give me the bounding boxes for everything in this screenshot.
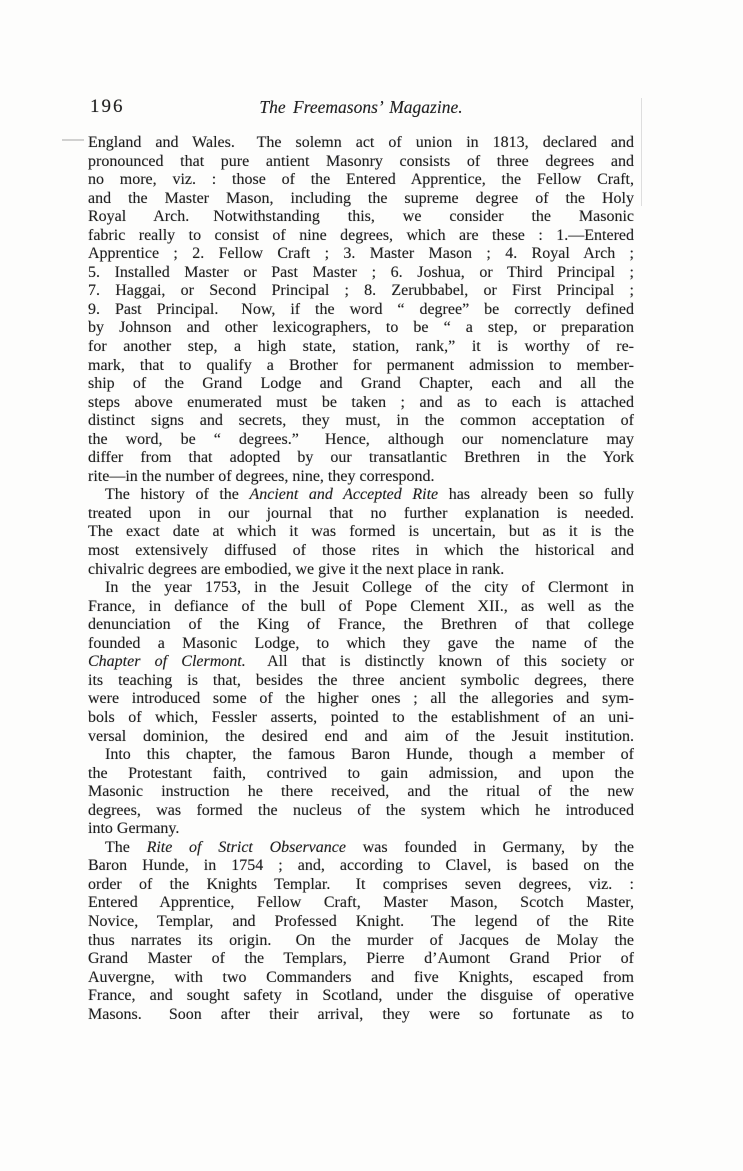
text-run: its teaching is that, besides the three …	[88, 672, 634, 689]
text-run: All that is distinctly known of this soc…	[246, 653, 634, 670]
text-run: no more, viz. : those of the Entered App…	[88, 171, 634, 188]
text-line: differ from that adopted by our transatl…	[88, 449, 634, 468]
text-run: steps above enumerated must be taken ; a…	[88, 394, 634, 411]
text-run: ship of the Grand Lodge and Grand Chapte…	[88, 375, 634, 392]
text-line: chivalric degrees are embodied, we give …	[88, 561, 634, 580]
text-line: degrees, was formed the nucleus of the s…	[88, 802, 634, 821]
text-run: has already been so fully	[438, 486, 634, 503]
text-run: Masons. Soon after their arrival, they w…	[88, 1006, 634, 1023]
text-line: for another step, a high state, station,…	[88, 338, 634, 357]
text-run: the word, be “ degrees.” Hence, although…	[88, 431, 634, 448]
text-line: steps above enumerated must be taken ; a…	[88, 394, 634, 413]
text-line: Into this chapter, the famous Baron Hund…	[88, 746, 634, 765]
text-line: England and Wales. The solemn act of uni…	[88, 134, 634, 153]
text-line: Masonic instruction he there received, a…	[88, 783, 634, 802]
text-line: distinct signs and secrets, they must, i…	[88, 412, 634, 431]
text-run: In the year 1753, in the Jesuit College …	[105, 579, 634, 596]
text-line: order of the Knights Templar. It compris…	[88, 876, 634, 895]
text-run: England and Wales. The solemn act of uni…	[88, 134, 634, 151]
text-line: were introduced some of the higher ones …	[88, 690, 634, 709]
text-run: denunciation of the King of France, the …	[88, 616, 634, 633]
text-run: mark, that to qualify a Brother for perm…	[88, 357, 634, 374]
text-run: the Protestant faith, contrived to gain …	[88, 765, 634, 782]
text-run: rite—in the number of degrees, nine, the…	[88, 468, 435, 485]
text-run: distinct signs and secrets, they must, i…	[88, 412, 634, 429]
text-line: founded a Masonic Lodge, to which they g…	[88, 635, 634, 654]
text-line: Novice, Templar, and Professed Knight. T…	[88, 913, 634, 932]
text-run: The	[105, 839, 147, 856]
text-run: Royal Arch. Notwithstanding this, we con…	[88, 208, 634, 225]
text-line: pronounced that pure antient Masonry con…	[88, 153, 634, 172]
text-line: ship of the Grand Lodge and Grand Chapte…	[88, 375, 634, 394]
text-line: the Protestant faith, contrived to gain …	[88, 765, 634, 784]
magazine-page: 196 The Freemasons’ Magazine. England an…	[0, 0, 743, 1171]
text-run: Apprentice ; 2. Fellow Craft ; 3. Master…	[88, 245, 634, 262]
text-run: 5. Installed Master or Past Master ; 6. …	[88, 264, 634, 281]
text-run: thus narrates its origin. On the murder …	[88, 932, 634, 949]
text-run-italic: Chapter of Clermont.	[88, 653, 246, 670]
text-run: differ from that adopted by our transatl…	[88, 449, 634, 466]
text-run: versal dominion, the desired end and aim…	[88, 728, 634, 745]
text-line: The exact date at which it was formed is…	[88, 523, 634, 542]
text-run: The exact date at which it was formed is…	[88, 523, 634, 540]
text-run: The history of the	[105, 486, 249, 503]
text-line: treated upon in our journal that no furt…	[88, 505, 634, 524]
scan-artifact-dash	[62, 139, 84, 141]
text-line: by Johnson and other lexicographers, to …	[88, 319, 634, 338]
scan-artifact-line	[641, 98, 642, 206]
text-line: most extensively diffused of those rites…	[88, 542, 634, 561]
text-line: Masons. Soon after their arrival, they w…	[88, 1006, 634, 1025]
text-line: Royal Arch. Notwithstanding this, we con…	[88, 208, 634, 227]
text-run: bols of which, Fessler asserts, pointed …	[88, 709, 634, 726]
text-line: France, and sought safety in Scotland, u…	[88, 987, 634, 1006]
text-run: Baron Hunde, in 1754 ; and, according to…	[88, 857, 634, 874]
text-run: France, and sought safety in Scotland, u…	[88, 987, 634, 1004]
text-line: In the year 1753, in the Jesuit College …	[88, 579, 634, 598]
text-line: fabric really to consist of nine degrees…	[88, 227, 634, 246]
text-run: most extensively diffused of those rites…	[88, 542, 634, 559]
text-line: bols of which, Fessler asserts, pointed …	[88, 709, 634, 728]
text-line: The history of the Ancient and Accepted …	[88, 486, 634, 505]
text-run: and the Master Mason, including the supr…	[88, 190, 634, 207]
text-line: Chapter of Clermont. All that is distinc…	[88, 653, 634, 672]
text-run: by Johnson and other lexicographers, to …	[88, 319, 634, 336]
text-line: mark, that to qualify a Brother for perm…	[88, 357, 634, 376]
text-line: rite—in the number of degrees, nine, the…	[88, 468, 634, 487]
article-body: England and Wales. The solemn act of uni…	[88, 134, 634, 1024]
text-run-italic: Ancient and Accepted Rite	[249, 486, 438, 503]
text-run: founded a Masonic Lodge, to which they g…	[88, 635, 634, 652]
text-run: for another step, a high state, station,…	[88, 338, 634, 355]
text-run: were introduced some of the higher ones …	[88, 690, 634, 707]
text-line: its teaching is that, besides the three …	[88, 672, 634, 691]
text-line: Grand Master of the Templars, Pierre d’A…	[88, 950, 634, 969]
text-line: the word, be “ degrees.” Hence, although…	[88, 431, 634, 450]
text-line: 9. Past Principal. Now, if the word “ de…	[88, 301, 634, 320]
text-run: fabric really to consist of nine degrees…	[88, 227, 634, 244]
text-line: versal dominion, the desired end and aim…	[88, 728, 634, 747]
text-line: 5. Installed Master or Past Master ; 6. …	[88, 264, 634, 283]
text-line: and the Master Mason, including the supr…	[88, 190, 634, 209]
text-run: degrees, was formed the nucleus of the s…	[88, 802, 634, 819]
text-run: was founded in Germany, by the	[346, 839, 634, 856]
text-line: Apprentice ; 2. Fellow Craft ; 3. Master…	[88, 245, 634, 264]
text-run: into Germany.	[88, 820, 179, 837]
text-run: France, in defiance of the bull of Pope …	[88, 598, 634, 615]
text-run: 9. Past Principal. Now, if the word “ de…	[88, 301, 634, 318]
text-line: The Rite of Strict Observance was founde…	[88, 839, 634, 858]
text-run: Entered Apprentice, Fellow Craft, Master…	[88, 894, 634, 911]
text-run: Auvergne, with two Commanders and five K…	[88, 969, 634, 986]
text-run: pronounced that pure antient Masonry con…	[88, 153, 634, 170]
text-line: no more, viz. : those of the Entered App…	[88, 171, 634, 190]
text-run: Novice, Templar, and Professed Knight. T…	[88, 913, 634, 930]
text-line: 7. Haggai, or Second Principal ; 8. Zeru…	[88, 282, 634, 301]
text-line: Entered Apprentice, Fellow Craft, Master…	[88, 894, 634, 913]
text-run: order of the Knights Templar. It compris…	[88, 876, 634, 893]
text-line: thus narrates its origin. On the murder …	[88, 932, 634, 951]
text-line: France, in defiance of the bull of Pope …	[88, 598, 634, 617]
text-run: 7. Haggai, or Second Principal ; 8. Zeru…	[88, 282, 634, 299]
text-line: Auvergne, with two Commanders and five K…	[88, 969, 634, 988]
text-run: treated upon in our journal that no furt…	[88, 505, 634, 522]
text-run: Into this chapter, the famous Baron Hund…	[105, 746, 634, 763]
text-run: Grand Master of the Templars, Pierre d’A…	[88, 950, 634, 967]
text-line: into Germany.	[88, 820, 634, 839]
text-run-italic: Rite of Strict Observance	[147, 839, 346, 856]
text-line: denunciation of the King of France, the …	[88, 616, 634, 635]
text-line: Baron Hunde, in 1754 ; and, according to…	[88, 857, 634, 876]
text-run: chivalric degrees are embodied, we give …	[88, 561, 504, 578]
journal-title: The Freemasons’ Magazine.	[88, 97, 634, 118]
text-run: Masonic instruction he there received, a…	[88, 783, 634, 800]
page-header: 196 The Freemasons’ Magazine.	[88, 96, 634, 120]
